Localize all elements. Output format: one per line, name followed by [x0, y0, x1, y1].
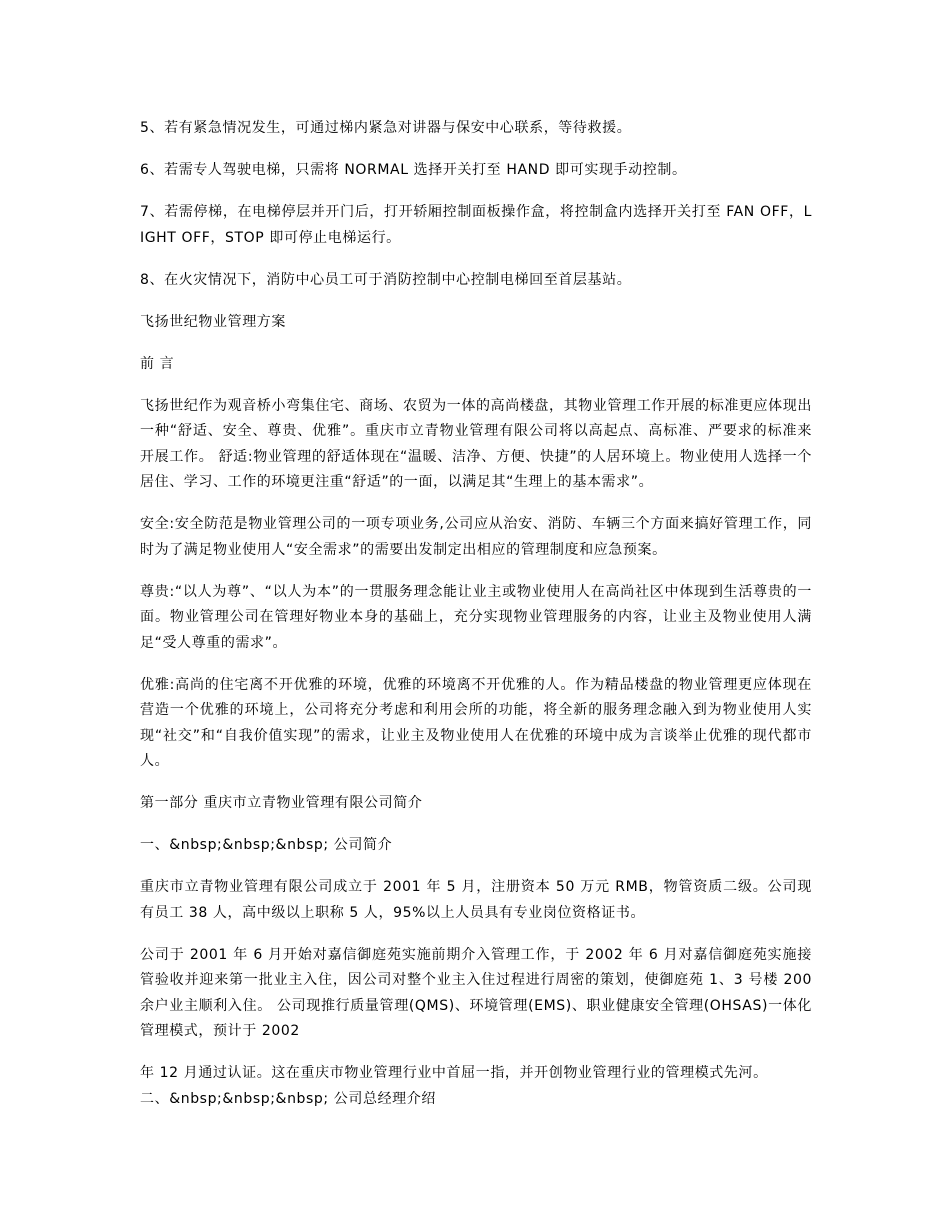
company-history-paragraph: 公司于 2001 年 6 月开始对嘉信御庭苑实施前期介入管理工作，于 2002 …: [140, 943, 812, 1045]
section-one-heading: 一、&nbsp;&nbsp;&nbsp; 公司简介: [140, 833, 812, 859]
document-title: 飞扬世纪物业管理方案: [140, 310, 812, 336]
paragraph-item-5: 5、若有紧急情况发生，可通过梯内紧急对讲器与保安中心联系，等待救援。: [140, 116, 812, 142]
certification-paragraph: 年 12 月通过认证。这在重庆市物业管理行业中首屈一指，并开创物业管理行业的管理…: [140, 1061, 812, 1087]
preface-heading: 前 言: [140, 352, 812, 378]
paragraph-item-8: 8、在火灾情况下，消防中心员工可于消防控制中心控制电梯回至首层基站。: [140, 268, 812, 294]
preface-comfort-paragraph: 飞扬世纪作为观音桥小弯集住宅、商场、农贸为一体的高尚楼盘，其物业管理工作开展的标…: [140, 394, 812, 496]
dignity-paragraph: 尊贵:“以人为尊”、“以人为本”的一贯服务理念能让业主或物业使用人在高尚社区中体…: [140, 580, 812, 657]
elegance-paragraph: 优雅:高尚的住宅离不开优雅的环境，优雅的环境离不开优雅的人。作为精品楼盘的物业管…: [140, 673, 812, 775]
safety-paragraph: 安全:安全防范是物业管理公司的一项专项业务,公司应从治安、消防、车辆三个方面来搞…: [140, 512, 812, 563]
paragraph-item-7: 7、若需停梯，在电梯停层并开门后，打开轿厢控制面板操作盒，将控制盒内选择开关打至…: [140, 200, 812, 251]
company-intro-paragraph: 重庆市立青物业管理有限公司成立于 2001 年 5 月，注册资本 50 万元 R…: [140, 875, 812, 926]
document-page: 5、若有紧急情况发生，可通过梯内紧急对讲器与保安中心联系，等待救援。 6、若需专…: [140, 116, 812, 1129]
section-two-heading: 二、&nbsp;&nbsp;&nbsp; 公司总经理介绍: [140, 1087, 812, 1113]
paragraph-item-6: 6、若需专人驾驶电梯，只需将 NORMAL 选择开关打至 HAND 即可实现手动…: [140, 158, 812, 184]
part-one-heading: 第一部分 重庆市立青物业管理有限公司简介: [140, 791, 812, 817]
